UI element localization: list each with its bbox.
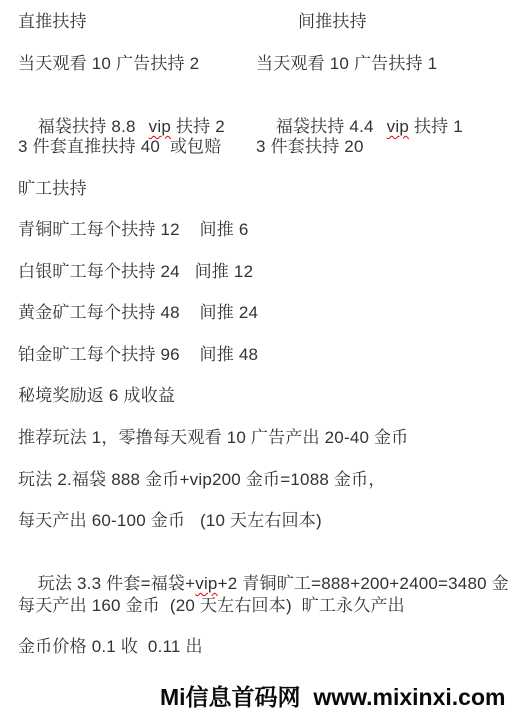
heading-indirect-push: 间推扶持	[298, 11, 367, 32]
indirect-daily-ads-line: 当天观看 10 广告扶持 1	[256, 53, 437, 74]
site-watermark: Mi信息首码网 www.mixinxi.com	[160, 679, 505, 709]
miner-bronze-line: 青铜旷工每个扶持 12 间推 6	[18, 219, 249, 240]
indirect-set-line: 3 件套扶持 20	[256, 136, 364, 157]
play2-line: 玩法 2.福袋 888 金币+vip200 金币=1088 金币，	[18, 469, 386, 490]
play1-line: 推荐玩法 1，零撸每天观看 10 广告产出 20-40 金币	[18, 427, 408, 448]
play3-prefix: 玩法 3.3 件套=福袋+	[38, 574, 196, 593]
direct-fudai-text: 福袋扶持 8.8	[38, 117, 136, 136]
indirect-fudai-text: 福袋扶持 4.4	[276, 117, 374, 136]
document-page: 直推扶持 间推扶持 当天观看 10 广告扶持 2 当天观看 10 广告扶持 1 …	[0, 0, 509, 709]
direct-daily-ads-line: 当天观看 10 广告扶持 2	[18, 53, 199, 74]
direct-set-line: 3 件套直推扶持 40 或包赔	[18, 136, 221, 157]
miner-gold-line: 黄金矿工每个扶持 48 间推 24	[18, 302, 258, 323]
indirect-vip-word: vip	[387, 117, 409, 136]
secret-realm-line: 秘境奖励返 6 成收益	[18, 385, 175, 406]
indirect-vip-rest: 扶持 1	[409, 117, 463, 136]
heading-direct-push: 直推扶持	[18, 11, 87, 32]
direct-vip-rest: 扶持 2	[171, 117, 225, 136]
direct-vip-word: vip	[149, 117, 171, 136]
play3-daily-line: 每天产出 160 金币 (20 天左右回本) 旷工永久产出	[18, 595, 405, 616]
play2-daily-line: 每天产出 60-100 金币 (10 天左右回本)	[18, 510, 322, 531]
miner-silver-line: 白银旷工每个扶持 24 间推 12	[18, 261, 253, 282]
heading-miner-support: 旷工扶持	[18, 178, 87, 199]
play3-suffix: +2 青铜旷工=888+200+2400=3480 金币	[218, 574, 509, 593]
miner-platinum-line: 铂金旷工每个扶持 96 间推 48	[18, 344, 258, 365]
play3-vip-word: vip	[195, 574, 217, 593]
coin-price-line: 金币价格 0.1 收 0.11 出	[18, 636, 203, 657]
